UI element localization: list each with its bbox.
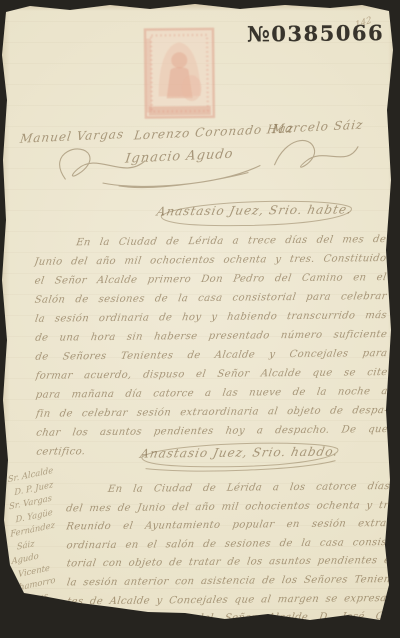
section1-heading: Anastasio Juez, Srio. habte. — [147, 194, 363, 230]
signatures-block: Manuel Vargas Lorenzo Coronado Haz Marce… — [0, 0, 397, 2]
signature-rubric-icon — [96, 157, 271, 189]
section2-heading: Anastasio Juez, Srio. habdo. — [129, 436, 349, 472]
manuscript-line: bajo la presidencia del Señor Alcalde D.… — [66, 608, 393, 630]
paragraph-1: En la Ciudad de Lérida a trece días del … — [34, 230, 388, 462]
manuscript-page: 142 №0385066 Manuel Vargas Lorenzo Coron… — [0, 0, 400, 638]
page-content: 142 №0385066 Manuel Vargas Lorenzo Coron… — [0, 0, 400, 638]
paragraph-2: En la Ciudad de Lérida a los catorce día… — [66, 478, 392, 630]
revenue-stamp-icon — [142, 26, 217, 121]
document-scan: 142 №0385066 Manuel Vargas Lorenzo Coron… — [0, 0, 400, 638]
serial-number: №0385066 — [247, 20, 384, 46]
signature-rubric-icon — [264, 132, 365, 183]
